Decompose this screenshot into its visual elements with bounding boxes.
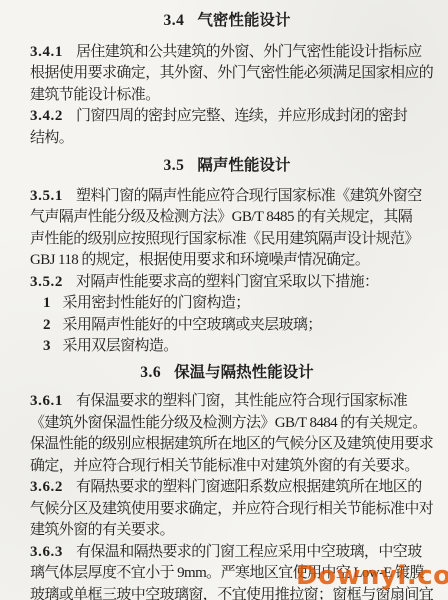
list-item-number: 2 [43,317,51,333]
clause-text: 对隔声性能要求高的塑料门窗宜采取以下措施： [76,274,378,290]
list-item: 3采用双层窗构造。 [30,336,424,358]
section-title: 隔声性能设计 [197,157,290,174]
clause-line: 3.6.1有保温要求的塑料门窗，其性能应符合现行国家标准 [30,391,424,413]
clause-3-6-2: 3.6.2有隔热要求的塑料门窗遮阳系数应根据建筑所在地区的 气候分区及建筑使用要… [30,477,424,542]
section-heading-3-4: 3.4气密性能设计 [30,10,424,32]
clause-line: 建筑外窗的有关要求。 [30,520,424,542]
section-number: 3.5 [164,157,185,174]
clause-3-4-2: 3.4.2门窗四周的密封应完整、连续，并应形成封闭的密封 结构。 [30,106,424,149]
section-number: 3.4 [164,12,185,29]
list-item: 2采用隔声性能好的中空玻璃或夹层玻璃； [30,315,424,337]
clause-number: 3.5.2 [30,274,63,290]
clause-number: 3.6.1 [30,393,63,409]
clause-3-6-1: 3.6.1有保温要求的塑料门窗，其性能应符合现行国家标准 《建筑外窗保温性能分级… [30,391,424,477]
clause-line: 确定，并应符合现行相关节能标准中对建筑外窗的有关要求。 [30,456,424,478]
clause-text: 居住建筑和公共建筑的外窗、外门气密性能设计指标应 [76,44,422,60]
clause-line: 玻璃或单框三玻中空玻璃窗，不宜使用推拉窗；窗框与窗扇间宜 [30,585,424,600]
clause-line: 气声隔声性能分级及检测方法》GB/T 8485 的有关规定，其隔 [30,207,424,229]
clause-line: 《建筑外窗保温性能分级及检测方法》GB/T 8484 的有关规定。 [30,413,424,435]
clause-line: 3.6.2有隔热要求的塑料门窗遮阳系数应根据建筑所在地区的 [30,477,424,499]
page-content: 3.4气密性能设计 3.4.1居住建筑和公共建筑的外窗、外门气密性能设计指标应 … [0,0,448,600]
section-title: 保温与隔热性能设计 [174,364,314,381]
clause-number: 3.4.2 [30,108,63,124]
clause-number: 3.6.3 [30,544,63,560]
clause-number: 3.6.2 [30,479,63,495]
list-item-text: 采用密封性能好的门窗构造； [63,295,250,311]
section-heading-3-5: 3.5隔声性能设计 [30,155,424,177]
clause-line: 3.4.2门窗四周的密封应完整、连续，并应形成封闭的密封 [30,106,424,128]
section-title: 气密性能设计 [197,12,290,29]
clause-line: 3.6.3有保温和隔热要求的门窗工程应采用中空玻璃，中空玻 [30,542,424,564]
clause-text: 有保温要求的塑料门窗，其性能应符合现行国家标准 [76,393,407,409]
clause-number: 3.4.1 [30,44,63,60]
clause-line: 3.5.2对隔声性能要求高的塑料门窗宜采取以下措施： [30,272,424,294]
clause-3-5-2: 3.5.2对隔声性能要求高的塑料门窗宜采取以下措施： [30,272,424,294]
clause-line: 气候分区及建筑使用要求确定，并应符合现行相关节能标准中对 [30,499,424,521]
clause-3-6-3: 3.6.3有保温和隔热要求的门窗工程应采用中空玻璃，中空玻 璃气体层厚度不宜小于… [30,542,424,600]
document-page: 3.4气密性能设计 3.4.1居住建筑和公共建筑的外窗、外门气密性能设计指标应 … [0,0,448,600]
measure-list: 1采用密封性能好的门窗构造； 2采用隔声性能好的中空玻璃或夹层玻璃； 3采用双层… [30,293,424,358]
clause-line: 根据使用要求确定，其外窗、外门气密性能必须满足国家相应的 [30,63,424,85]
section-number: 3.6 [140,364,161,381]
clause-line: 3.5.1塑料门窗的隔声性能应符合现行国家标准《建筑外窗空 [30,186,424,208]
clause-number: 3.5.1 [30,188,63,204]
clause-3-5-1: 3.5.1塑料门窗的隔声性能应符合现行国家标准《建筑外窗空 气声隔声性能分级及检… [30,186,424,272]
clause-line: GBJ 118 的规定，根据使用要求和环境噪声情况确定。 [30,250,424,272]
clause-line: 璃气体层厚度不宜小于 9mm。严寒地区宜使用中空 Low-E 镀膜 [30,563,424,585]
list-item-number: 1 [43,295,51,311]
list-item-number: 3 [43,338,51,354]
list-item: 1采用密封性能好的门窗构造； [30,293,424,315]
clause-line: 3.4.1居住建筑和公共建筑的外窗、外门气密性能设计指标应 [30,42,424,64]
clause-text: 塑料门窗的隔声性能应符合现行国家标准《建筑外窗空 [76,188,422,204]
clause-line: 结构。 [30,128,424,150]
clause-text: 门窗四周的密封应完整、连续，并应形成封闭的密封 [76,108,407,124]
clause-line: 建筑节能设计标准。 [30,85,424,107]
list-item-text: 采用双层窗构造。 [63,338,178,354]
list-item-text: 采用隔声性能好的中空玻璃或夹层玻璃； [63,317,322,333]
section-heading-3-6: 3.6保温与隔热性能设计 [30,362,424,384]
clause-3-4-1: 3.4.1居住建筑和公共建筑的外窗、外门气密性能设计指标应 根据使用要求确定，其… [30,42,424,107]
clause-text: 有保温和隔热要求的门窗工程应采用中空玻璃，中空玻 [76,544,422,560]
clause-line: 声性能的级别应按照现行国家标准《民用建筑隔声设计规范》 [30,229,424,251]
clause-line: 保温性能的级别应根据建筑所在地区的气候分区及建筑使用要求 [30,434,424,456]
clause-text: 有隔热要求的塑料门窗遮阳系数应根据建筑所在地区的 [76,479,422,495]
